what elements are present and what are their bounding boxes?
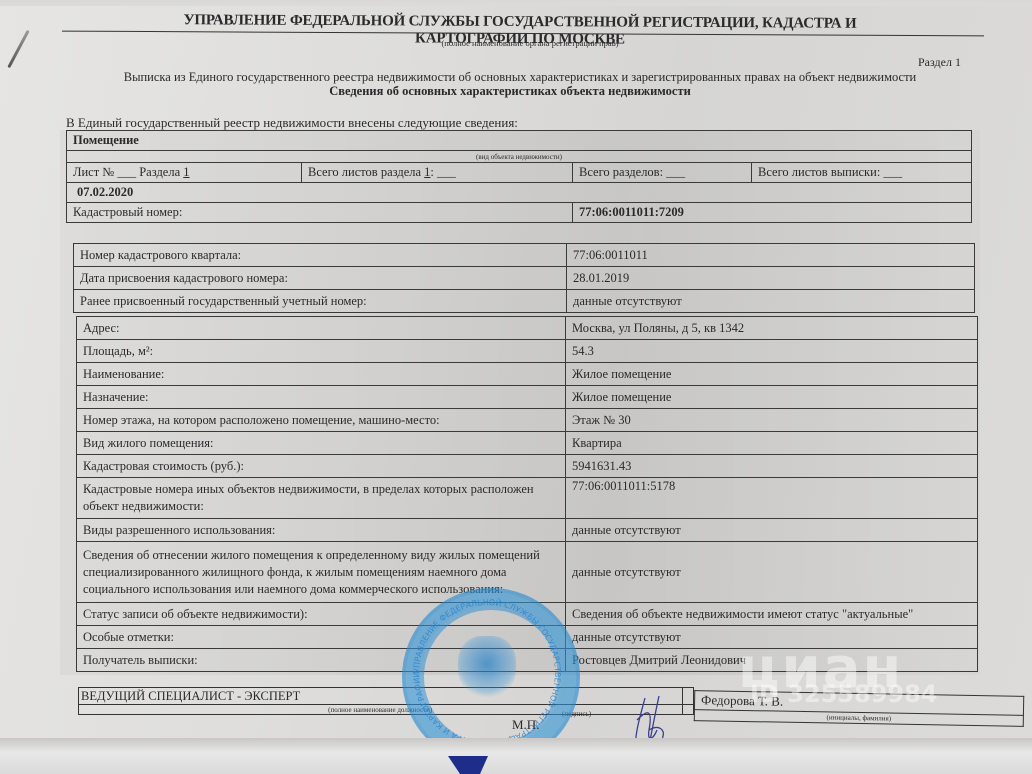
- table-row: Ранее присвоенный государственный учетны…: [74, 290, 975, 313]
- table-row: Назначение:Жилое помещение: [77, 386, 978, 409]
- field-value: 28.01.2019: [567, 267, 975, 290]
- total-sheets-section-label: Всего листов раздела: [308, 165, 421, 179]
- field-label: Кадастровые номера иных объектов недвижи…: [77, 478, 566, 519]
- table-row: Дата присвоения кадастрового номера:28.0…: [74, 267, 975, 290]
- position-caption: (полное наименование должности): [79, 705, 683, 715]
- document-date: 07.02.2020: [67, 183, 972, 203]
- object-type-caption: (вид объекта недвижимости): [67, 151, 972, 163]
- field-value: 77:06:0011011: [567, 244, 975, 267]
- table-row: Наименование:Жилое помещение: [77, 363, 978, 386]
- total-sheets-extract-label: Всего листов выписки:: [758, 165, 880, 179]
- object-type: Помещение: [67, 131, 972, 151]
- field-label: Назначение:: [77, 386, 566, 409]
- sheet-number-cell: Лист № ___ Раздела 1: [67, 163, 302, 183]
- seal-label: М.П.: [512, 717, 539, 733]
- extract-subtitle: Сведения об основных характеристиках объ…: [200, 84, 820, 99]
- watermark-listing-id: ID 325589984: [750, 680, 938, 708]
- total-sheets-section-cell: Всего листов раздела 1: ___: [302, 163, 573, 183]
- field-label: Виды разрешенного использования:: [77, 519, 566, 542]
- field-value: данные отсутствуют: [566, 519, 978, 542]
- field-label: Адрес:: [77, 317, 566, 340]
- table-row: Номер кадастрового квартала:77:06:001101…: [74, 244, 975, 267]
- cadastral-number-value: 77:06:0011011:7209: [573, 203, 972, 223]
- field-value: 5941631.43: [566, 455, 978, 478]
- total-sheets-section-blank: : ___: [430, 165, 455, 179]
- section-label: Раздел 1: [918, 55, 961, 70]
- field-label: Вид жилого помещения:: [77, 432, 566, 455]
- field-value: данные отсутствуют: [566, 542, 978, 603]
- table-row: Адрес:Москва, ул Поляны, д 5, кв 1342: [77, 317, 978, 340]
- total-sections-label: Всего разделов:: [579, 165, 663, 179]
- cadastral-number-label: Кадастровый номер:: [67, 203, 573, 223]
- total-sheets-extract-blank: ___: [883, 165, 902, 179]
- field-label: Номер кадастрового квартала:: [74, 244, 567, 267]
- field-value: Жилое помещение: [566, 386, 978, 409]
- table-row: Вид жилого помещения:Квартира: [77, 432, 978, 455]
- field-label: Площадь, м²:: [77, 340, 566, 363]
- field-value: Москва, ул Поляны, д 5, кв 1342: [566, 317, 978, 340]
- section-number: 1: [183, 165, 189, 179]
- table-row: Виды разрешенного использования:данные о…: [77, 519, 978, 542]
- intro-text: В Единый государственный реестр недвижим…: [66, 115, 518, 131]
- field-label: Номер этажа, на котором расположено поме…: [77, 409, 566, 432]
- official-position: ВЕДУЩИЙ СПЕЦИАЛИСТ - ЭКСПЕРТ: [79, 688, 683, 705]
- table-row: Кадастровые номера иных объектов недвижи…: [77, 478, 978, 519]
- field-value: Сведения об объекте недвижимости имеют с…: [566, 603, 978, 626]
- extract-title: Выписка из Единого государственного реес…: [90, 70, 950, 85]
- field-label: Кадастровая стоимость (руб.):: [77, 455, 566, 478]
- field-value: данные отсутствуют: [567, 290, 975, 313]
- field-value: 54.3: [566, 340, 978, 363]
- sheet-label: Лист №: [73, 165, 114, 179]
- organization-caption: (полное наименование органа регистрации …: [300, 38, 760, 48]
- seal-ring-text: УПРАВЛЕНИЕ ФЕДЕРАЛЬНОЙ СЛУЖБЫ ГОСУДАРСТВ…: [402, 588, 572, 758]
- summary-table: Помещение (вид объекта недвижимости) Лис…: [66, 130, 972, 223]
- total-sheets-extract-cell: Всего листов выписки: ___: [752, 163, 972, 183]
- sheet-blank: ___: [117, 165, 136, 179]
- background-surface: [0, 738, 1032, 774]
- total-sections-blank: ___: [666, 165, 685, 179]
- field-value: Квартира: [566, 432, 978, 455]
- field-label: Наименование:: [77, 363, 566, 386]
- total-sections-cell: Всего разделов: ___: [573, 163, 752, 183]
- field-value: Этаж № 30: [566, 409, 978, 432]
- field-label: Дата присвоения кадастрового номера:: [74, 267, 567, 290]
- table-row: Номер этажа, на котором расположено поме…: [77, 409, 978, 432]
- field-label: Ранее присвоенный государственный учетны…: [74, 290, 567, 313]
- table-row: Кадастровая стоимость (руб.):5941631.43: [77, 455, 978, 478]
- section-word: Раздела: [139, 165, 180, 179]
- table-row: Площадь, м²:54.3: [77, 340, 978, 363]
- registry-block-1: Номер кадастрового квартала:77:06:001101…: [73, 243, 975, 313]
- field-value: Жилое помещение: [566, 363, 978, 386]
- position-table: ВЕДУЩИЙ СПЕЦИАЛИСТ - ЭКСПЕРТ (полное наи…: [78, 687, 694, 715]
- field-value: 77:06:0011011:5178: [566, 478, 978, 519]
